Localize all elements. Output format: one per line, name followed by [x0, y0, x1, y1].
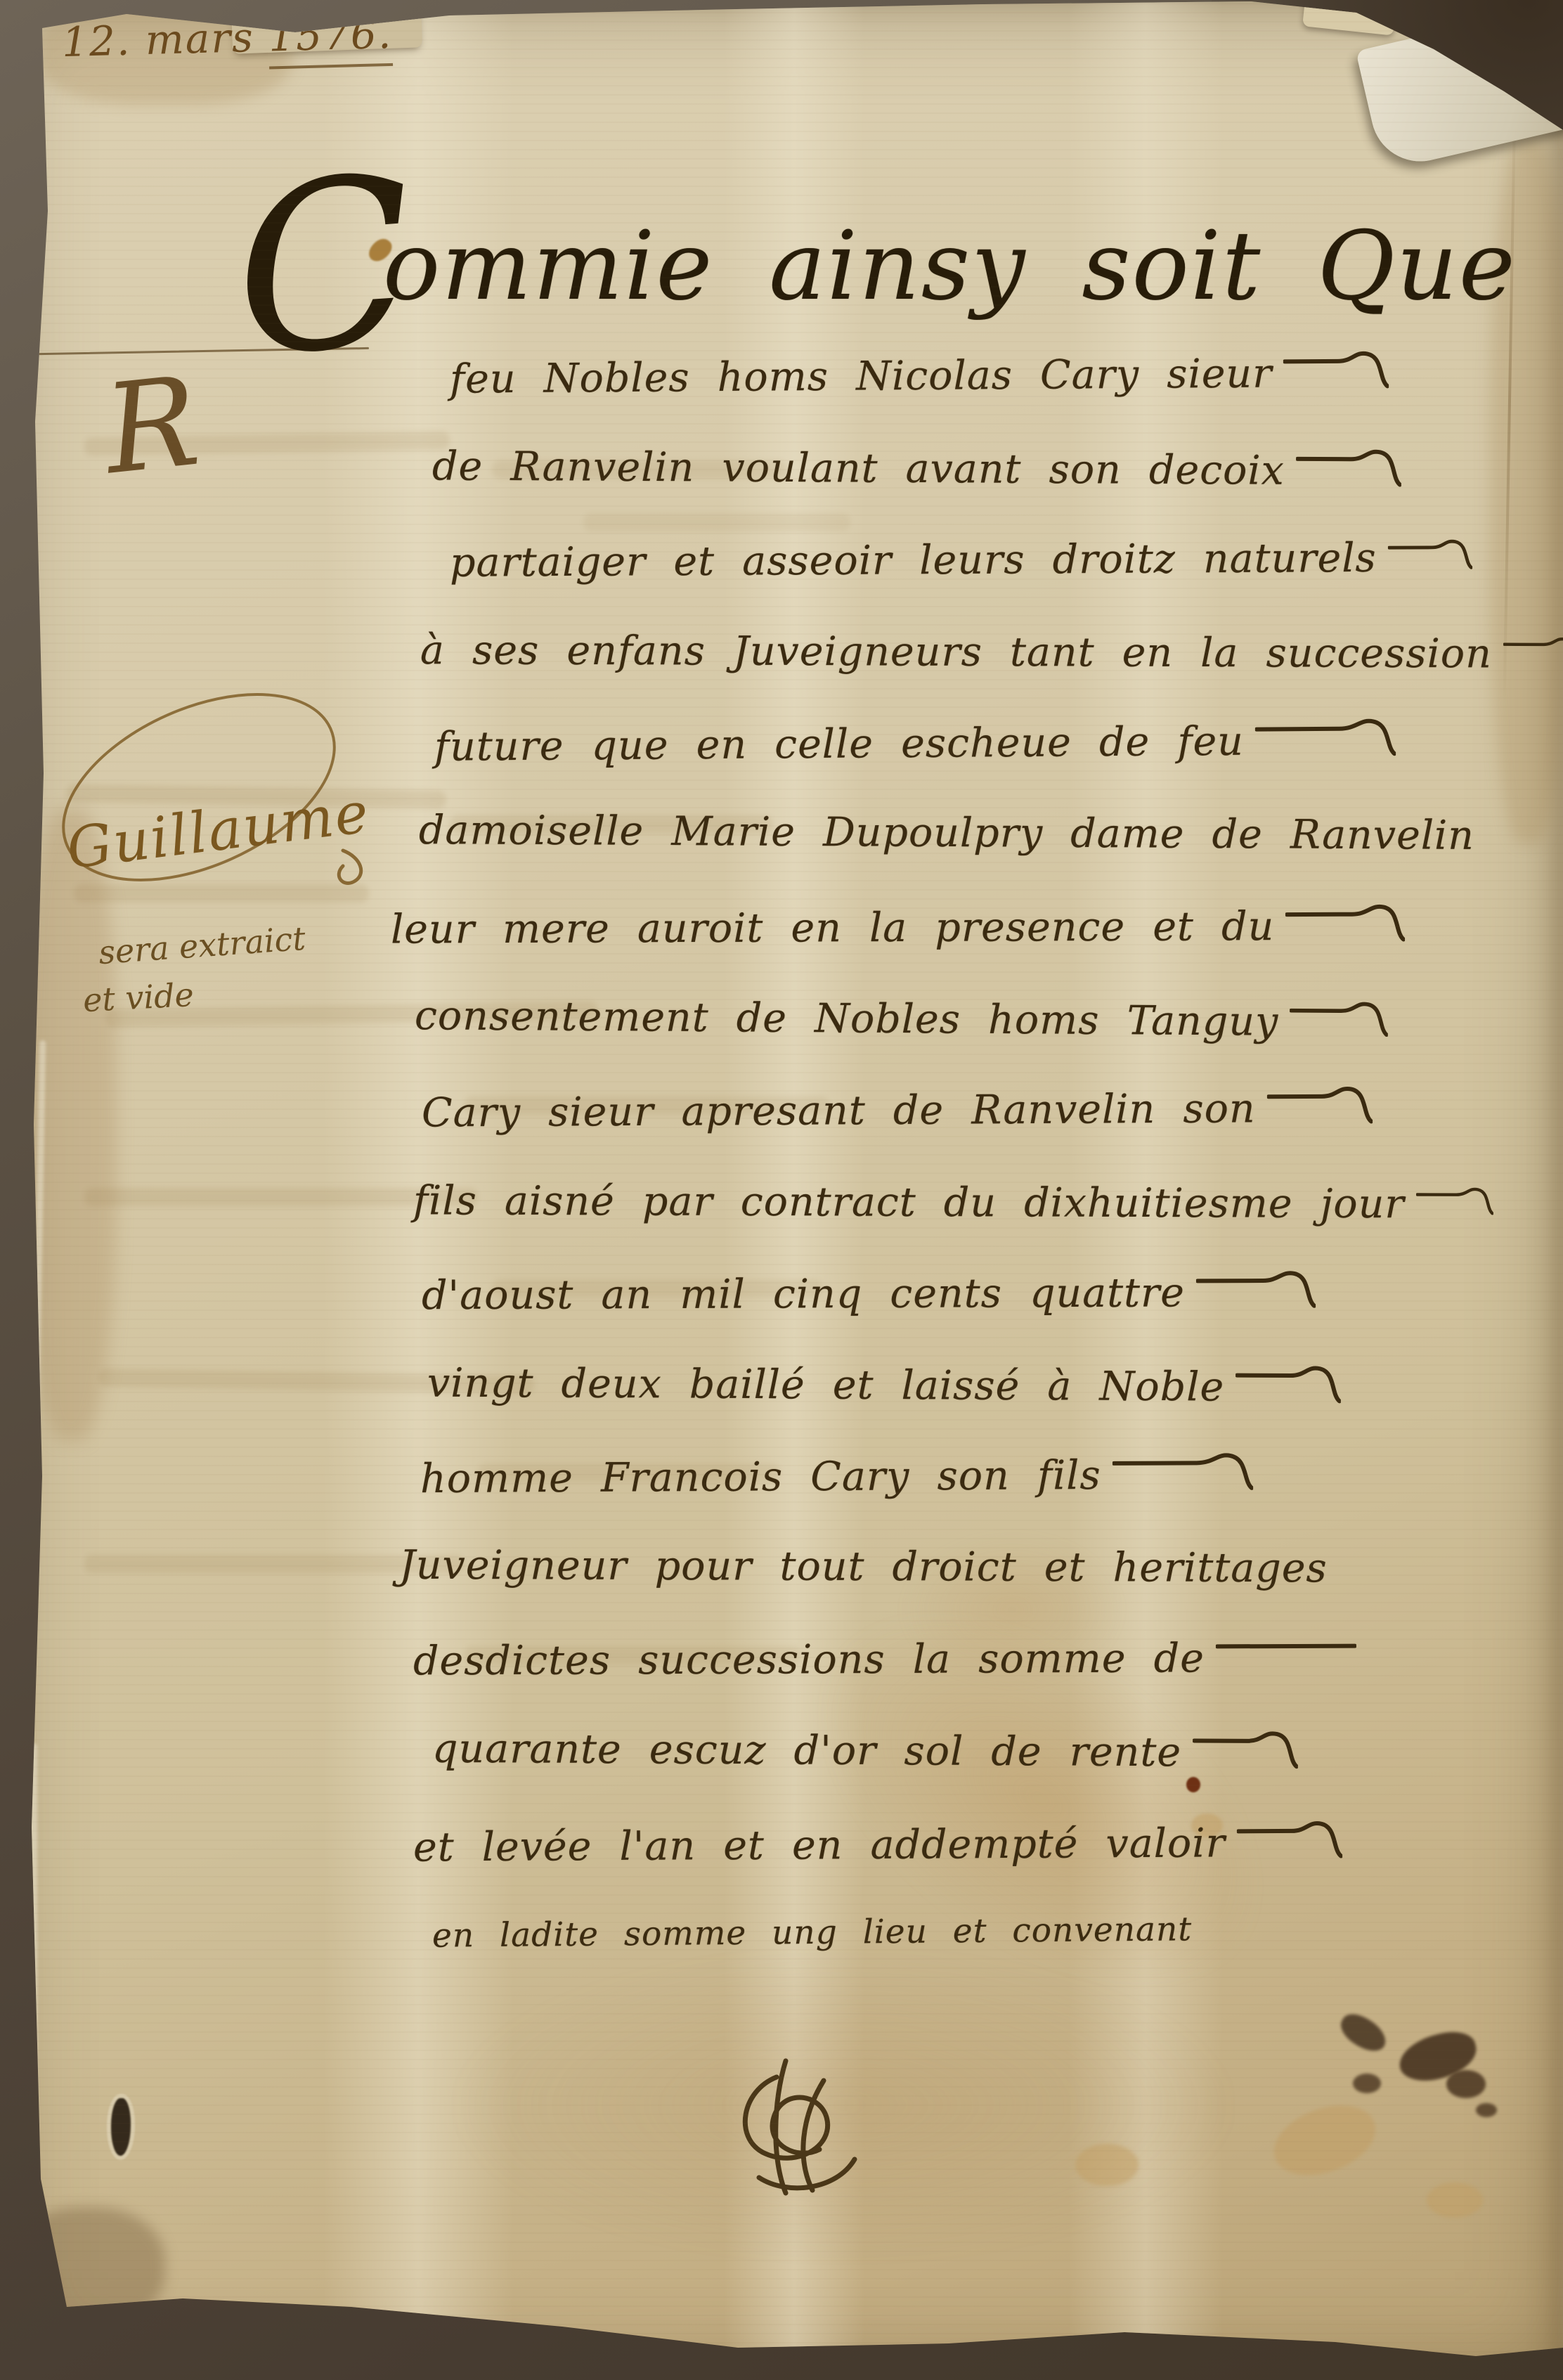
line-end-hook-icon [1193, 1728, 1298, 1771]
body-line: leur mere auroit en la presence et du [391, 901, 1405, 952]
margin-note-line: sera extraict [97, 919, 306, 971]
line-end-hook-icon [1196, 1268, 1316, 1311]
body-line: à ses enfans Juveigneurs tant en la succ… [420, 626, 1563, 678]
body-line: damoiselle Marie Dupoulpry dame de Ranve… [419, 807, 1474, 859]
margin-annotation-guillaume: Guillaume [34, 692, 399, 924]
body-line-text: partaiger et asseoir leurs droitz nature… [450, 535, 1377, 586]
body-line-text: fils aisné par contract du dixhuitiesme … [413, 1177, 1405, 1227]
line-end-hook-icon [1216, 1634, 1356, 1676]
dark-splatter [1353, 2074, 1381, 2093]
body-line-text: homme Francois Cary son fils [420, 1452, 1101, 1502]
left-edge-crinkle [25, 330, 34, 710]
left-edge-crinkle [30, 1743, 37, 2193]
body-line-text: Cary sieur apresant de Ranvelin son [422, 1085, 1256, 1136]
heading-text: ommie ainsy soit Que [383, 211, 1517, 321]
body-line: quarante escuz d'or sol de rente [432, 1724, 1298, 1776]
page-heading: ommie ainsy soit Que [383, 211, 1563, 321]
dark-splatter [1394, 2026, 1481, 2087]
line-end-hook-icon [1266, 1083, 1372, 1126]
body-line: et levée l'an et en addempté valoir [413, 1818, 1342, 1871]
body-line-text: à ses enfans Juveigneurs tant en la succ… [420, 627, 1492, 677]
margin-note-line: et vide [82, 976, 195, 1019]
body-line: Cary sieur apresant de Ranvelin son [422, 1083, 1373, 1136]
body-line-text: feu Nobles homs Nicolas Cary sieur [450, 350, 1273, 402]
body-line: partaiger et asseoir leurs droitz nature… [450, 533, 1472, 586]
body-line-text: desdictes successions la somme de [413, 1635, 1205, 1684]
body-line: desdictes successions la somme de [413, 1634, 1356, 1685]
dark-splatter [1446, 2070, 1486, 2098]
body-line-text: de Ranvelin voulant avant son decoix [432, 443, 1285, 493]
body-line: homme Francois Cary son fils [420, 1450, 1253, 1502]
line-end-hook-icon [1237, 1818, 1342, 1861]
body-line-text: d'aoust an mil cinq cents quattre [422, 1269, 1185, 1319]
body-line: vingt deux baillé et laissé à Noble [427, 1359, 1342, 1411]
stain-droplet [1427, 2182, 1483, 2218]
body-line-text: leur mere auroit en la presence et du [391, 903, 1274, 952]
line-end-hook-icon [1236, 1363, 1341, 1406]
left-edge-crinkle [31, 1040, 46, 1546]
line-end-hook-icon [1416, 1179, 1493, 1222]
body-line-text: en ladite somme ung lieu et convenant [432, 1910, 1193, 1955]
line-end-hook-icon [1113, 1450, 1253, 1493]
ink-spot [1186, 1777, 1200, 1792]
line-end-hook-icon [1296, 446, 1401, 489]
corner-foxing [11, 2207, 165, 2327]
water-stain [748, 1533, 1332, 2065]
line-end-hook-icon [1255, 716, 1396, 758]
body-line-text: et levée l'an et en addempté valoir [413, 1820, 1226, 1870]
body-line-text: Juveigneur pour tout droict et herittage… [399, 1542, 1328, 1592]
showthrough-ghost-line [583, 513, 850, 531]
body-line: fils aisné par contract du dixhuitiesme … [413, 1176, 1493, 1227]
dark-splatter [1335, 2008, 1392, 2057]
body-line: en ladite somme ung lieu et convenant [432, 1910, 1193, 1955]
body-line: feu Nobles homs Nicolas Cary sieur [450, 348, 1389, 402]
margin-initial: R [98, 351, 205, 503]
fold-crease [1503, 98, 1516, 703]
body-line: future que en celle escheue de feu [434, 716, 1396, 770]
date-annotation: 12. mars 1576. [61, 10, 393, 66]
stain-droplet [1075, 2144, 1139, 2186]
body-line: d'aoust an mil cinq cents quattre [422, 1268, 1316, 1319]
date-year-underlined: 1576. [268, 10, 393, 70]
line-end-hook-icon [1503, 629, 1563, 671]
line-end-hook-icon [1283, 348, 1389, 391]
body-line-text: consentement de Nobles homs Tanguy [415, 992, 1279, 1045]
body-line-text: damoiselle Marie Dupoulpry dame de Ranve… [419, 807, 1474, 859]
line-end-hook-icon [1388, 533, 1472, 576]
photograph-of-manuscript: { "photo": { "background_color": "#564a3… [0, 0, 1563, 2380]
paper-hole [111, 2098, 131, 2156]
notary-paraph-icon [710, 2052, 893, 2207]
body-line: de Ranvelin voulant avant son decoix [432, 441, 1401, 494]
body-line: Juveigneur pour tout droict et herittage… [399, 1542, 1328, 1592]
date-text: 12. mars [61, 13, 269, 66]
line-end-hook-icon [1285, 901, 1405, 944]
body-line-text: vingt deux baillé et laissé à Noble [427, 1360, 1225, 1411]
line-end-hook-icon [1290, 997, 1388, 1040]
body-line-text: quarante escuz d'or sol de rente [432, 1726, 1181, 1776]
manuscript-page: 12. mars 1576. R C ommie ainsy soit Que … [0, 0, 1563, 2380]
body-line: consentement de Nobles homs Tanguy [415, 991, 1389, 1046]
stain-droplet [1264, 2093, 1385, 2188]
body-line-text: future que en celle escheue de feu [434, 718, 1244, 770]
dark-splatter [1476, 2103, 1497, 2117]
